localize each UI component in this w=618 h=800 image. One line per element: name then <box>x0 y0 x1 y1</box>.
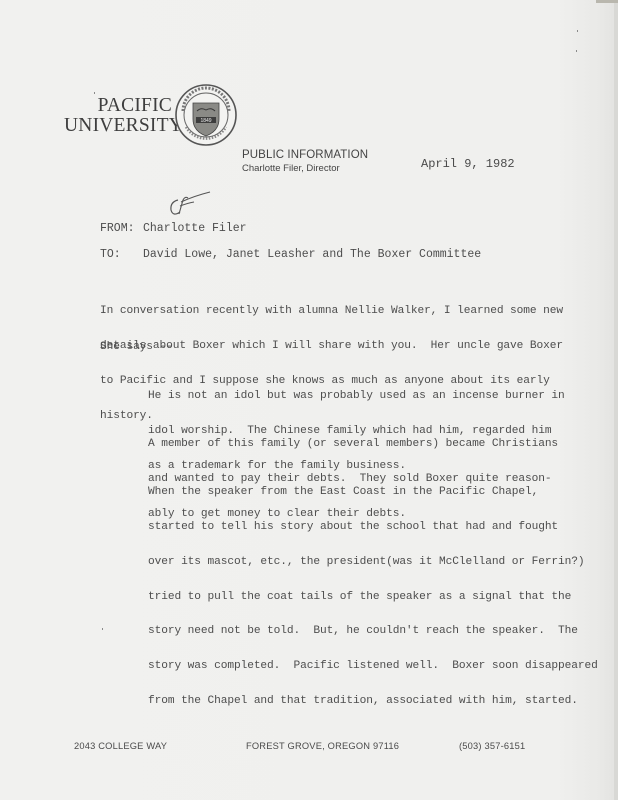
quote-line: started to tell his story about the scho… <box>148 522 598 534</box>
footer-street: 2043 COLLEGE WAY <box>74 741 167 751</box>
page-corner-shadow <box>596 0 618 3</box>
intro-line: In conversation recently with alumna Nel… <box>100 306 563 318</box>
scan-speck <box>577 30 578 32</box>
scan-speck <box>94 92 95 94</box>
from-row: FROM:Charlotte Filer <box>100 222 247 235</box>
quote-line: story was completed. Pacific listened we… <box>148 661 598 673</box>
to-row: TO:David Lowe, Janet Leasher and The Box… <box>100 248 481 261</box>
svg-text:1849: 1849 <box>200 118 211 124</box>
to-value: David Lowe, Janet Leasher and The Boxer … <box>143 248 481 261</box>
footer-phone: (503) 357-6151 <box>459 741 525 751</box>
quote-line: from the Chapel and that tradition, asso… <box>148 696 598 708</box>
quote-line: over its mascot, etc., the president(was… <box>148 557 598 569</box>
letter-date: April 9, 1982 <box>421 157 515 171</box>
institution-line-2: UNIVERSITY <box>64 116 172 136</box>
quote-line: tried to pull the coat tails of the spea… <box>148 592 598 604</box>
university-seal-icon: 1849 <box>174 83 238 147</box>
scan-speck <box>576 50 577 52</box>
from-value: Charlotte Filer <box>143 222 247 235</box>
letter-page: PACIFIC UNIVERSITY 1849 PUBLIC INFORMATI… <box>0 0 618 800</box>
scan-speck <box>102 628 103 630</box>
footer-city: FOREST GROVE, OREGON 97116 <box>246 741 399 751</box>
department-head: Charlotte Filer, Director <box>242 162 368 176</box>
institution-wordmark: PACIFIC UNIVERSITY <box>64 96 172 136</box>
she-says-line: She says -- <box>100 342 173 354</box>
quote-line: A member of this family (or several memb… <box>148 439 558 451</box>
signature-initials-icon <box>164 190 214 220</box>
department-block: PUBLIC INFORMATION Charlotte Filer, Dire… <box>242 148 368 176</box>
from-label: FROM: <box>100 222 143 235</box>
quote-line: He is not an idol but was probably used … <box>148 391 565 403</box>
to-label: TO: <box>100 248 143 261</box>
quote-line: When the speaker from the East Coast in … <box>148 487 598 499</box>
page-edge-shadow <box>614 0 618 800</box>
quoted-paragraph-3: When the speaker from the East Coast in … <box>148 464 598 731</box>
quote-line: story need not be told. But, he couldn't… <box>148 626 598 638</box>
department-name: PUBLIC INFORMATION <box>242 148 368 162</box>
institution-line-1: PACIFIC <box>64 96 172 116</box>
